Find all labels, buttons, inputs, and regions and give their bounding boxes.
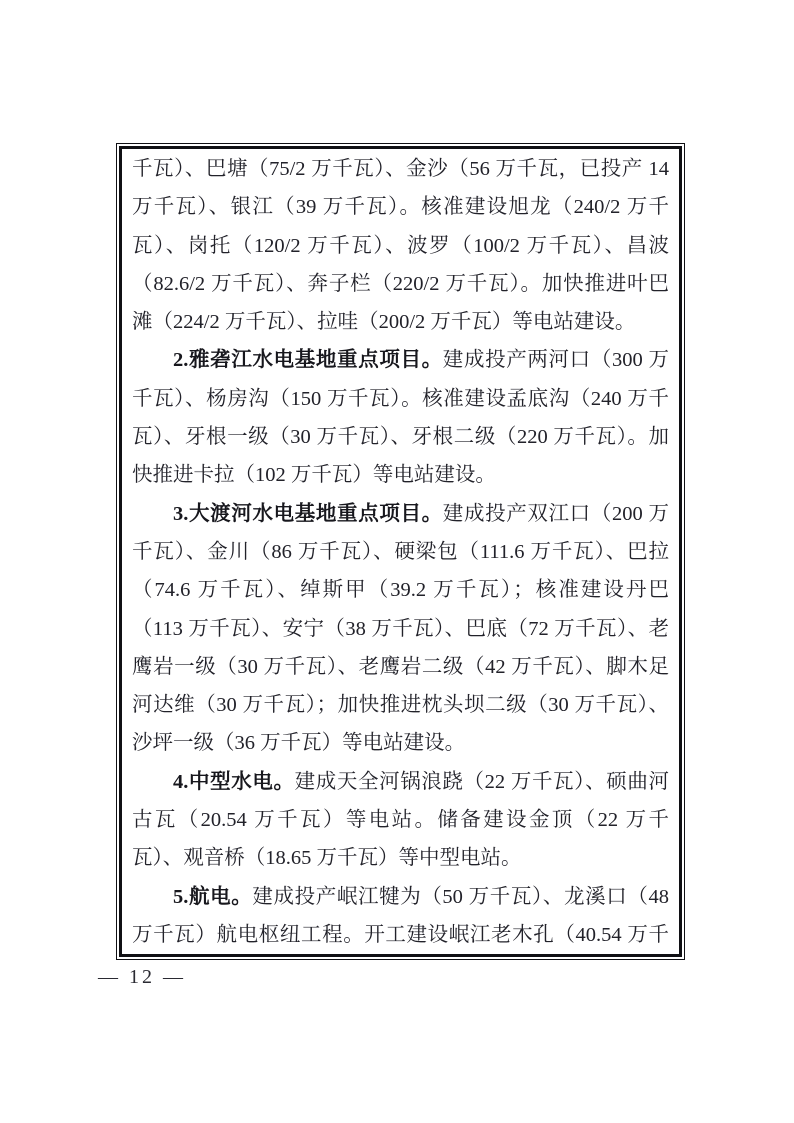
document-body: 千瓦）、巴塘（75/2 万千瓦）、金沙（56 万千瓦，已投产 14 万千瓦）、银… — [122, 149, 679, 954]
section-4-heading: 4.中型水电。 — [173, 771, 295, 793]
page-number: — 12 — — [98, 966, 186, 989]
section-4-paragraph: 4.中型水电。建成天全河锅浪跷（22 万千瓦）、硕曲河古瓦（20.54 万千瓦）… — [132, 763, 669, 878]
section-5-heading: 5.航电。 — [173, 886, 252, 908]
text-border-frame-inner: 千瓦）、巴塘（75/2 万千瓦）、金沙（56 万千瓦，已投产 14 万千瓦）、银… — [119, 146, 682, 957]
document-page: 千瓦）、巴塘（75/2 万千瓦）、金沙（56 万千瓦，已投产 14 万千瓦）、银… — [0, 0, 794, 1123]
section-5-paragraph: 5.航电。建成投产岷江犍为（50 万千瓦）、龙溪口（48 万千瓦）航电枢纽工程。… — [132, 878, 669, 954]
paragraph-continuation: 千瓦）、巴塘（75/2 万千瓦）、金沙（56 万千瓦，已投产 14 万千瓦）、银… — [132, 150, 669, 341]
section-3-heading: 3.大渡河水电基地重点项目。 — [173, 503, 443, 525]
paragraph-text: 千瓦）、巴塘（75/2 万千瓦）、金沙（56 万千瓦，已投产 14 万千瓦）、银… — [132, 158, 669, 333]
paragraph-text: 建成投产双江口（200 万千瓦）、金川（86 万千瓦）、硬梁包（111.6 万千… — [132, 503, 669, 755]
section-3-paragraph: 3.大渡河水电基地重点项目。建成投产双江口（200 万千瓦）、金川（86 万千瓦… — [132, 495, 669, 763]
text-border-frame: 千瓦）、巴塘（75/2 万千瓦）、金沙（56 万千瓦，已投产 14 万千瓦）、银… — [116, 143, 685, 960]
section-2-heading: 2.雅砻江水电基地重点项目。 — [173, 349, 443, 371]
section-2-paragraph: 2.雅砻江水电基地重点项目。建成投产两河口（300 万千瓦）、杨房沟（150 万… — [132, 341, 669, 494]
